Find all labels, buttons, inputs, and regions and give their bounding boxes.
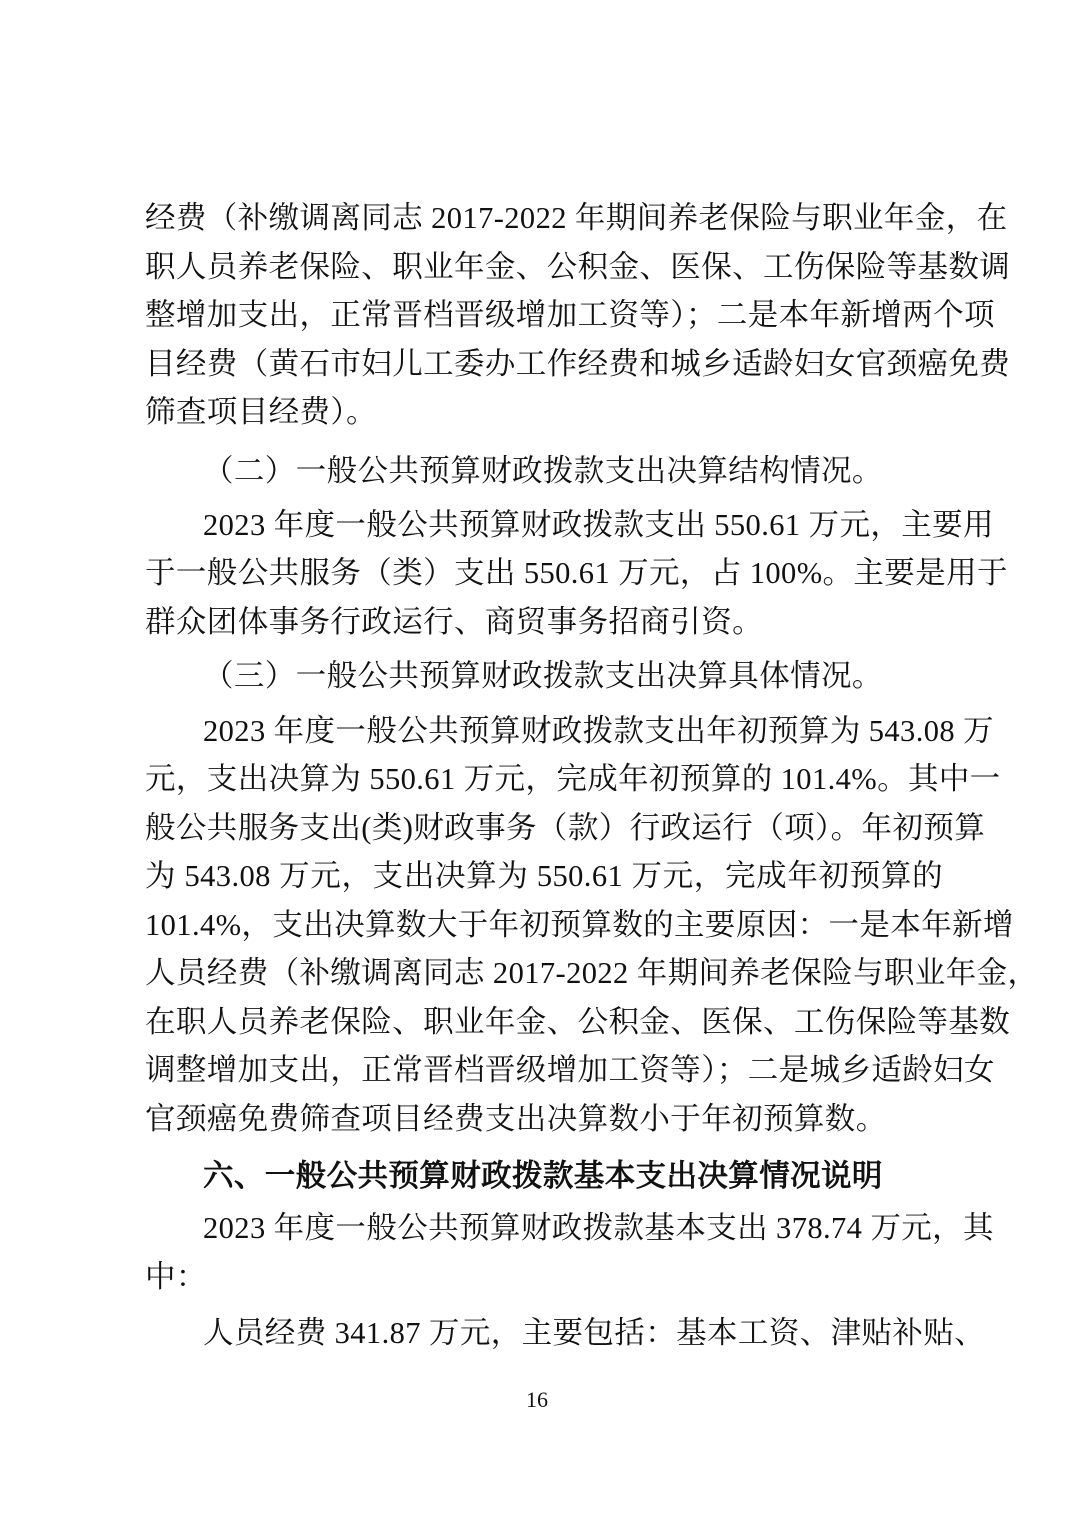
section-heading-structure: （二）一般公共预算财政拨款支出决算结构情况。	[203, 451, 883, 491]
paragraph-line-21: 2023 年度一般公共预算财政拨款基本支出 378.74 万元，其	[203, 1208, 943, 1248]
paragraph-line-11: 2023 年度一般公共预算财政拨款支出年初预算为 543.08 万	[203, 711, 943, 751]
section-heading-details: （三）一般公共预算财政拨款支出决算具体情况。	[203, 656, 883, 696]
paragraph-line-3: 整增加支出，正常晋档晋级增加工资等）；二是本年新增两个项	[145, 295, 943, 335]
paragraph-line-14: 为 543.08 万元，支出决算为 550.61 万元，完成年初预算的	[145, 856, 943, 896]
paragraph-line-17: 在职人员养老保险、职业年金、公积金、医保、工伤保险等基数	[145, 1002, 943, 1042]
paragraph-line-15: 101.4%，支出决算数大于年初预算数的主要原因：一是本年新增	[145, 905, 943, 945]
paragraph-line-4: 目经费（黄石市妇儿工委办工作经费和城乡适龄妇女官颈癌免费	[145, 344, 943, 384]
paragraph-line-19: 官颈癌免费筛查项目经费支出决算数小于年初预算数。	[145, 1099, 943, 1139]
paragraph-line-1: 经费（补缴调离同志 2017-2022 年期间养老保险与职业年金，在	[145, 198, 943, 238]
paragraph-line-2: 职人员养老保险、职业年金、公积金、医保、工伤保险等基数调	[145, 247, 943, 287]
paragraph-line-8: 于一般公共服务（类）支出 550.61 万元，占 100%。主要是用于	[145, 553, 943, 593]
paragraph-line-18: 调整增加支出，正常晋档晋级增加工资等）；二是城乡适龄妇女	[145, 1050, 943, 1090]
page-number: 16	[0, 1386, 1074, 1414]
paragraph-line-22: 中：	[145, 1257, 943, 1297]
paragraph-line-23: 人员经费 341.87 万元，主要包括：基本工资、津贴补贴、	[203, 1313, 943, 1353]
paragraph-line-5: 筛查项目经费）。	[145, 392, 943, 432]
paragraph-line-16: 人员经费（补缴调离同志 2017-2022 年期间养老保险与职业年金，	[145, 953, 943, 993]
paragraph-line-13: 般公共服务支出(类)财政事务（款）行政运行（项）。年初预算	[145, 808, 943, 848]
section-heading-six: 六、一般公共预算财政拨款基本支出决算情况说明	[203, 1157, 883, 1197]
document-page: 经费（补缴调离同志 2017-2022 年期间养老保险与职业年金，在 职人员养老…	[0, 0, 1074, 1520]
paragraph-line-12: 元，支出决算为 550.61 万元，完成年初预算的 101.4%。其中一	[145, 759, 943, 799]
paragraph-line-7: 2023 年度一般公共预算财政拨款支出 550.61 万元，主要用	[203, 505, 943, 545]
paragraph-line-9: 群众团体事务行政运行、商贸事务招商引资。	[145, 602, 943, 642]
